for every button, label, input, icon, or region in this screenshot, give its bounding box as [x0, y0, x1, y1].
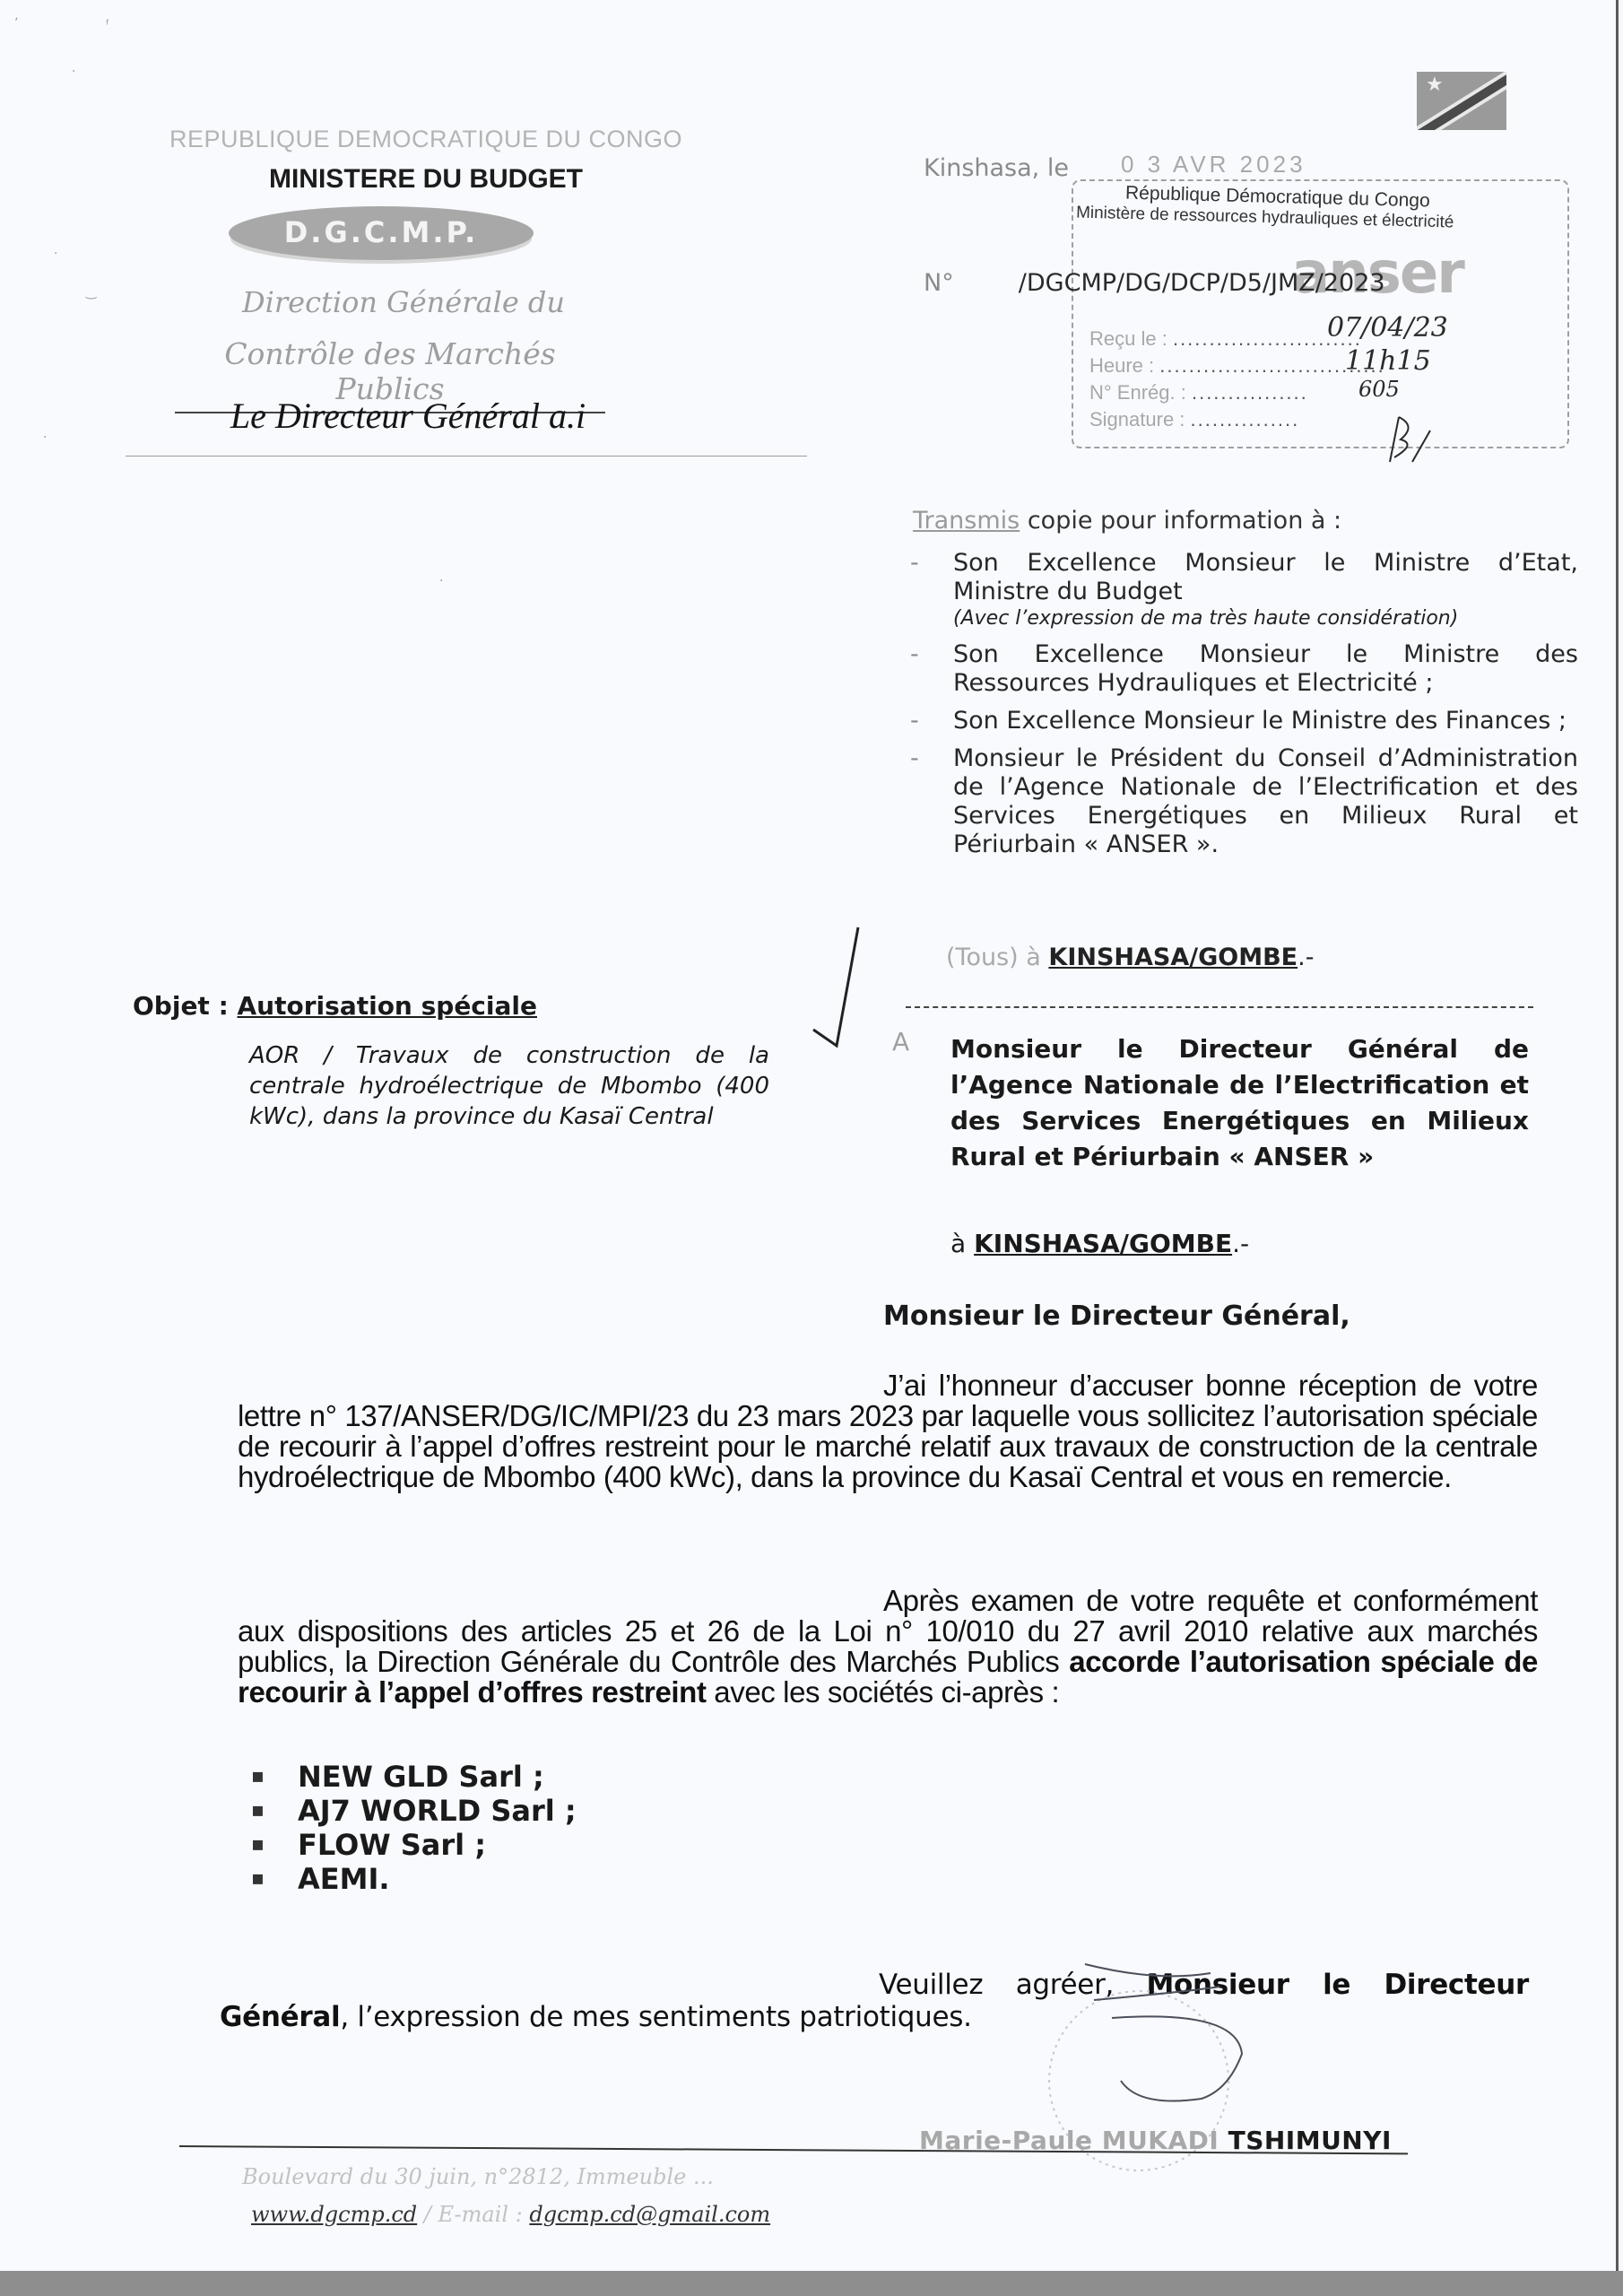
stamp-field-received: Reçu le : .......................... — [1089, 327, 1362, 351]
handwritten-initials-icon — [1381, 408, 1435, 471]
copy-recipient: Son Excellence Monsieur le Ministre des … — [910, 640, 1578, 698]
scanner-edge — [0, 2271, 1623, 2296]
stamp-field-registration: N° Enrég. : ................ — [1089, 381, 1308, 404]
copies-list: Son Excellence Monsieur le Ministre d’Et… — [910, 549, 1578, 868]
scan-speck: ʼ — [14, 16, 18, 30]
reference-prefix: N° — [924, 269, 954, 297]
checkmark-icon — [811, 924, 865, 1049]
subject-title: Autorisation spéciale — [238, 991, 537, 1021]
country-header: REPUBLIQUE DEMOCRATIQUE DU CONGO — [166, 126, 686, 153]
copies-divider — [906, 1006, 1533, 1008]
copy-recipient-note: (Avec l’expression de ma très haute cons… — [953, 606, 1578, 631]
subject-description: AOR / Travaux de construction de la cent… — [249, 1040, 769, 1132]
handwritten-received-date: 07/04/23 — [1327, 312, 1448, 344]
recipient-city: à KINSHASA/GOMBE.- — [950, 1229, 1249, 1258]
scan-speck: · — [439, 574, 443, 588]
ministry-header: MINISTERE DU BUDGET — [166, 164, 686, 195]
scan-speck: · — [72, 65, 75, 79]
footer-email-link[interactable]: dgcmp.cd@gmail.com — [529, 2202, 770, 2227]
place-date-label: Kinshasa, le — [924, 154, 1069, 182]
signatory-title-header: Le Directeur Général a.i — [206, 395, 610, 437]
copy-recipient: Son Excellence Monsieur le Ministre des … — [910, 707, 1578, 735]
recipient-prefix: A — [892, 1027, 909, 1057]
stamp-field-signature: Signature : ............... — [1089, 408, 1299, 431]
copies-city: (Tous) à KINSHASA/GOMBE.- — [946, 944, 1314, 971]
reference-number: N° /DGCMP/DG/DCP/D5/JMZ/2023 — [924, 269, 1385, 297]
dgcmp-acronym: D.G.C.M.P. — [229, 215, 534, 249]
footer-address: Boulevard du 30 juin, n°2812, Immeuble .… — [242, 2164, 714, 2189]
header-divider — [126, 456, 807, 457]
scan-speck: ‿ — [86, 285, 96, 300]
scan-speck: ᶠ — [106, 18, 109, 32]
scan-speck: · — [54, 247, 57, 261]
scan-speck: · — [43, 430, 47, 445]
subject-line: Objet : Autorisation spéciale — [133, 991, 537, 1021]
companies-list: NEW GLD Sarl ; AJ7 WORLD Sarl ; FLOW Sar… — [251, 1760, 577, 1896]
body-paragraph-2: Après examen de votre requête et conform… — [238, 1586, 1538, 1708]
date-stamp: 0 3 AVR 2023 — [1121, 151, 1306, 178]
recipient-address: Monsieur le Directeur Général de l’Agenc… — [950, 1031, 1529, 1175]
copy-recipient: Monsieur le Président du Conseil d’Admin… — [910, 744, 1578, 859]
handwritten-registration: 605 — [1358, 377, 1400, 402]
stamp-field-time: Heure : ............................... — [1089, 354, 1385, 378]
subject-label: Objet : — [133, 991, 229, 1021]
salutation: Monsieur le Directeur Général, — [883, 1300, 1350, 1332]
closing-paragraph: Veuillez agréer, Monsieur le Directeur G… — [220, 1969, 1529, 2033]
footer-website-link[interactable]: www.dgcmp.cd — [251, 2202, 417, 2227]
company-item: FLOW Sarl ; — [251, 1828, 577, 1862]
directorate-line-1: Direction Générale du — [215, 285, 592, 319]
body-paragraph-1: J’ai l’honneur d’accuser bonne réception… — [238, 1370, 1538, 1492]
handwritten-time: 11h15 — [1345, 345, 1431, 377]
footer-contact: www.dgcmp.cd / E-mail : dgcmp.cd@gmail.c… — [251, 2202, 770, 2227]
reference-code: /DGCMP/DG/DCP/D5/JMZ/2023 — [1019, 269, 1385, 297]
company-item: AEMI. — [251, 1862, 577, 1896]
drc-flag-icon: ★ — [1417, 72, 1506, 130]
copies-intro: Transmis copie pour information à : — [913, 507, 1576, 535]
star-icon: ★ — [1426, 74, 1444, 96]
company-item: NEW GLD Sarl ; — [251, 1760, 577, 1794]
copy-recipient: Son Excellence Monsieur le Ministre d’Et… — [910, 549, 1578, 631]
company-item: AJ7 WORLD Sarl ; — [251, 1794, 577, 1828]
letter-page: ʼ ᶠ · · ‿ · · REPUBLIQUE DEMOCRATIQUE DU… — [0, 0, 1619, 2271]
